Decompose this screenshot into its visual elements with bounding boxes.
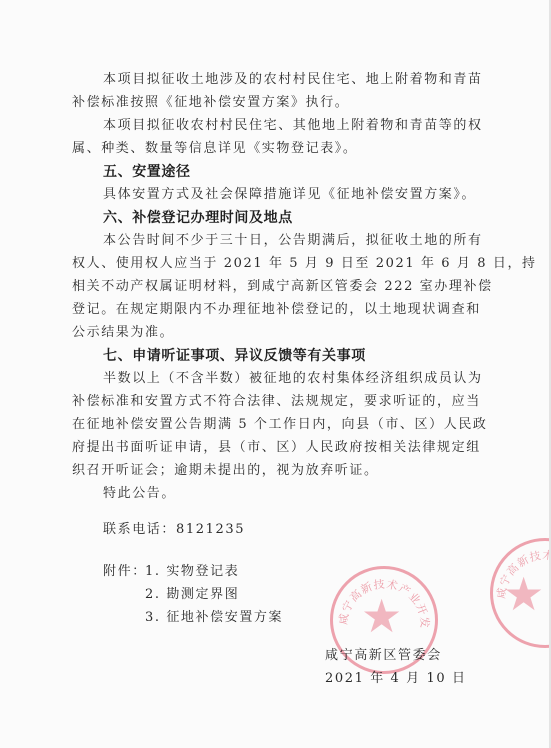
- attachment-item: 1. 实物登记表: [145, 563, 239, 581]
- official-seal-partial: 咸宁高新技术产业开发区管理委员会 ★: [490, 538, 551, 648]
- section-heading-7: 七、申请听证事项、异议反馈等有关事项: [103, 347, 366, 365]
- paragraph-line: 织召开听证会；逾期未提出的，视为放弃听证。: [72, 462, 379, 480]
- paragraph-line: 公示结果为准。: [72, 324, 174, 342]
- paragraph-line: 具体安置方式及社会保障措施详见《征地补偿安置方案》。: [103, 186, 476, 204]
- attachment-item: 2. 勘测定界图: [145, 586, 239, 604]
- paragraph-line: 属、种类、数量等信息详见《实物登记表》。: [72, 140, 358, 158]
- seal-star-icon: ★: [503, 571, 544, 617]
- paragraph-line: 权人、使用权人应当于 2021 年 5 月 9 日至 2021 年 6 月 8 …: [72, 255, 537, 273]
- paragraph-line: 本项目拟征收土地涉及的农村村民住宅、地上附着物和青苗: [103, 71, 483, 89]
- section-heading-5: 五、安置途径: [103, 163, 191, 181]
- document-page: 本项目拟征收土地涉及的农村村民住宅、地上附着物和青苗 补偿标准按照《征地补偿安置…: [0, 0, 551, 748]
- paragraph-line: 登记。在规定期限内不办理征地补偿登记的，以土地现状调查和: [72, 301, 481, 319]
- paragraph-line: 本公告时间不少于三十日，公告期满后，拟征收土地的所有: [103, 232, 483, 250]
- contact-number: 8121235: [176, 522, 245, 537]
- paragraph-line: 相关不动产权属证明材料，到咸宁高新区管委会 222 室办理补偿: [72, 278, 493, 296]
- issuer-name: 咸宁高新区管委会: [325, 644, 442, 663]
- section-heading-6: 六、补偿登记办理时间及地点: [103, 209, 293, 227]
- paragraph-line: 本项目拟征收农村村民住宅、其他地上附着物和青苗等的权: [103, 117, 483, 135]
- attachments-label: 附件：: [103, 563, 147, 581]
- paragraph-line: 补偿标准和安置方式不符合法律、法规规定，要求听证的，应当: [72, 393, 481, 411]
- paragraph-line: 半数以上（不含半数）被征地的农村集体经济组织成员认为: [103, 370, 483, 388]
- paragraph-line: 府提出书面听证申请，县（市、区）人民政府按相关法律规定组: [72, 439, 481, 457]
- issue-date: 2021 年 4 月 10 日: [325, 667, 467, 686]
- contact-phone: 联系电话：8121235: [103, 521, 245, 539]
- seal-star-icon: ★: [361, 593, 402, 639]
- contact-label: 联系电话：: [103, 522, 176, 537]
- closing-line: 特此公告。: [103, 485, 176, 503]
- paragraph-line: 补偿标准按照《征地补偿安置方案》执行。: [72, 94, 349, 112]
- paragraph-line: 在征地补偿安置公告期满 5 个工作日内，向县（市、区）人民政: [72, 416, 488, 434]
- attachment-item: 3. 征地补偿安置方案: [145, 609, 283, 627]
